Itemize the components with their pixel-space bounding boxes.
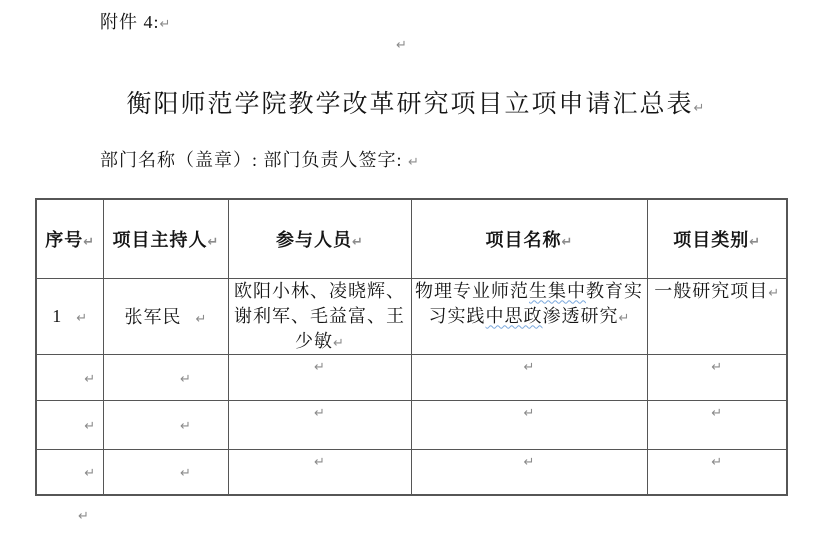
return-mark-icon: ↵ [562, 235, 573, 250]
cell-participants: 欧阳小林、凌晓辉、 谢利军、毛益富、王 少敏↵ [228, 278, 411, 354]
empty-cell: ↵ [411, 354, 647, 400]
return-mark-icon: ↵ [180, 466, 191, 481]
table-header-row: 序号↵ 项目主持人↵ 参与人员↵ 项目名称↵ 项目类别↵ [36, 199, 787, 278]
spellcheck-wavy-underline: 生集中 [529, 281, 586, 301]
empty-cell: ↵ [228, 354, 411, 400]
return-mark-icon: ↵ [84, 419, 95, 434]
return-mark-icon: ↵ [196, 312, 207, 327]
empty-cell: ↵ [228, 400, 411, 449]
project-category-text: 一般研究项目 [654, 281, 768, 301]
project-name-text: 习实践 [429, 306, 486, 326]
return-mark-icon: ↵ [524, 360, 535, 375]
return-mark-icon: ↵ [160, 17, 171, 32]
project-name-line: 物理专业师范生集中教育实 [414, 279, 645, 304]
department-signature-line: 部门名称（盖章）: 部门负责人签字: ↵ [100, 146, 419, 172]
trailing-paragraph: ↵ [78, 507, 89, 525]
return-mark-icon: ↵ [768, 286, 779, 301]
document-page: 附件 4:↵ ↵ 衡阳师范学院教学改革研究项目立项申请汇总表↵ 部门名称（盖章）… [0, 0, 831, 539]
empty-cell: ↵ [103, 449, 228, 495]
empty-cell: ↵ [647, 449, 787, 495]
return-mark-icon: ↵ [76, 311, 87, 326]
return-mark-icon: ↵ [524, 406, 535, 421]
table-row-1: 1↵ 张军民↵ 欧阳小林、凌晓辉、 谢利军、毛益富、王 少敏↵ 物理专业师范生集… [36, 278, 787, 354]
table-empty-row: ↵ ↵ ↵ ↵ ↵ [36, 400, 787, 449]
table-empty-row: ↵ ↵ ↵ ↵ ↵ [36, 449, 787, 495]
empty-cell: ↵ [411, 449, 647, 495]
return-mark-icon: ↵ [180, 419, 191, 434]
return-mark-icon: ↵ [524, 455, 535, 470]
participants-line: 欧阳小林、凌晓辉、 [231, 279, 409, 304]
page-title-text: 衡阳师范学院教学改革研究项目立项申请汇总表 [127, 91, 694, 118]
return-mark-icon: ↵ [711, 406, 722, 421]
return-mark-icon: ↵ [352, 235, 363, 250]
return-mark-icon: ↵ [180, 372, 191, 387]
header-cell-category: 项目类别↵ [647, 199, 787, 278]
cell-row-number: 1↵ [36, 278, 103, 354]
empty-cell: ↵ [228, 449, 411, 495]
empty-cell: ↵ [36, 449, 103, 495]
return-mark-icon: ↵ [694, 101, 705, 116]
participants-line: 少敏↵ [231, 329, 409, 354]
return-mark-icon: ↵ [84, 466, 95, 481]
project-name-text: 教育实 [586, 281, 643, 301]
attachment-text: 附件 4: [100, 12, 160, 32]
summary-table: 序号↵ 项目主持人↵ 参与人员↵ 项目名称↵ 项目类别↵ 1↵ 张军民↵ 欧阳小… [35, 198, 788, 496]
return-mark-icon: ↵ [749, 235, 760, 250]
department-signature-text: 部门名称（盖章）: 部门负责人签字: [100, 150, 408, 170]
return-mark-icon: ↵ [314, 455, 325, 470]
return-mark-icon: ↵ [711, 455, 722, 470]
empty-cell: ↵ [647, 400, 787, 449]
attachment-label: 附件 4:↵ [100, 8, 170, 34]
return-mark-icon: ↵ [333, 336, 344, 351]
project-name-line: 习实践中思政渗透研究↵ [414, 304, 645, 329]
cell-project-name: 物理专业师范生集中教育实 习实践中思政渗透研究↵ [411, 278, 647, 354]
return-mark-icon: ↵ [84, 372, 95, 387]
header-label: 项目类别 [673, 230, 749, 250]
header-label: 项目名称 [486, 230, 562, 250]
header-cell-leader: 项目主持人↵ [103, 199, 228, 278]
empty-cell: ↵ [36, 354, 103, 400]
return-mark-icon: ↵ [83, 235, 94, 250]
empty-cell: ↵ [103, 400, 228, 449]
header-label: 项目主持人 [113, 230, 208, 250]
participants-line: 谢利军、毛益富、王 [231, 304, 409, 329]
return-mark-icon: ↵ [408, 155, 419, 170]
return-mark-icon: ↵ [619, 311, 630, 326]
header-label: 参与人员 [276, 230, 352, 250]
return-mark-icon: ↵ [208, 235, 219, 250]
header-cell-number: 序号↵ [36, 199, 103, 278]
spellcheck-wavy-underline: 中思政 [486, 306, 543, 326]
table-empty-row: ↵ ↵ ↵ ↵ ↵ [36, 354, 787, 400]
empty-paragraph: ↵ [396, 36, 407, 54]
return-mark-icon: ↵ [711, 360, 722, 375]
header-label: 序号 [45, 230, 83, 250]
empty-cell: ↵ [411, 400, 647, 449]
project-leader-name: 张军民 [125, 307, 182, 327]
participants-line-text: 少敏 [295, 331, 333, 351]
empty-cell: ↵ [36, 400, 103, 449]
return-mark-icon: ↵ [314, 360, 325, 375]
row-number: 1 [52, 306, 62, 326]
project-name-text: 渗透研究 [543, 306, 619, 326]
cell-project-category: 一般研究项目↵ [647, 278, 787, 354]
header-cell-participants: 参与人员↵ [228, 199, 411, 278]
return-mark-icon: ↵ [78, 509, 89, 524]
empty-cell: ↵ [647, 354, 787, 400]
return-mark-icon: ↵ [396, 38, 407, 53]
project-name-text: 物理专业师范 [415, 281, 529, 301]
return-mark-icon: ↵ [314, 406, 325, 421]
empty-cell: ↵ [103, 354, 228, 400]
page-title: 衡阳师范学院教学改革研究项目立项申请汇总表↵ [0, 84, 831, 120]
header-cell-project-name: 项目名称↵ [411, 199, 647, 278]
cell-project-leader: 张军民↵ [103, 278, 228, 354]
